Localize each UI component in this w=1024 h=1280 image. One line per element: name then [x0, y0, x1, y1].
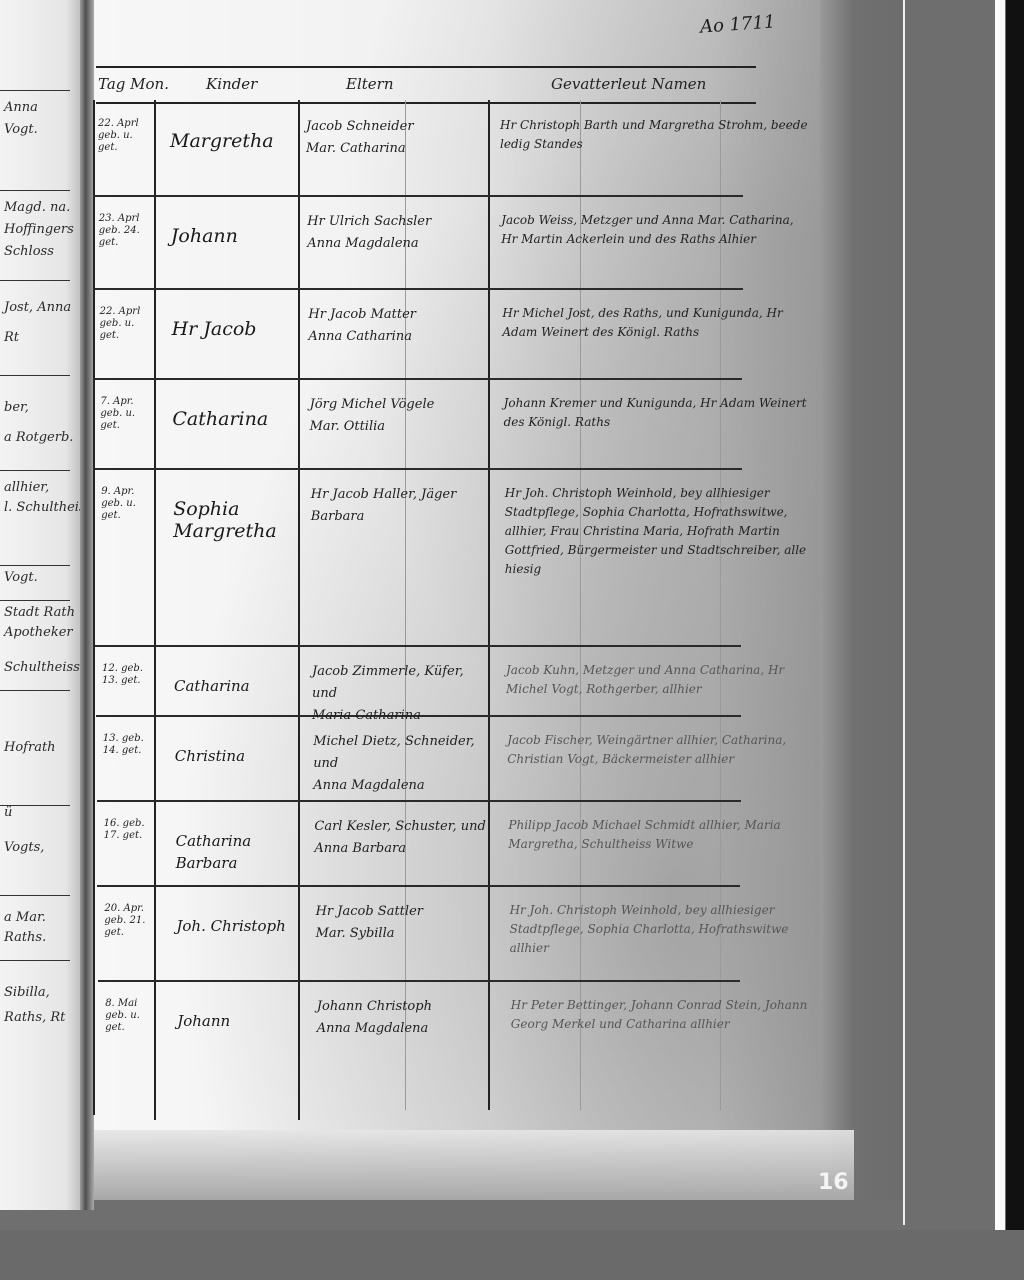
rule-child	[298, 100, 300, 1120]
adjacent-page-text: Vogts,	[4, 840, 44, 856]
adjacent-page-text: Sibilla,	[4, 985, 50, 1001]
row-rule	[93, 195, 743, 197]
entry-godparents: Hr Joh. Christoph Weinhold, bey allhiesi…	[510, 901, 820, 958]
mother-name: Anna Magdalena	[313, 775, 488, 797]
scanner-edge-strip	[995, 0, 1005, 1230]
adjacent-page-text: ü	[4, 805, 12, 821]
adjacent-page-text: Raths, Rt	[4, 1010, 65, 1026]
father-name: Hr Jacob Matter	[308, 304, 483, 326]
rule-parents	[488, 100, 490, 1110]
adjacent-page-text: Vogt.	[4, 122, 38, 138]
entry-parents: Jörg Michel VögeleMar. Ottilia	[310, 394, 485, 438]
entry-child-name: Sophia Margretha	[173, 498, 293, 542]
adjacent-page-text: Magd. na.	[4, 200, 70, 216]
entry-date: 12. geb. 13. get.	[102, 663, 152, 687]
adjacent-page-text: a Mar.	[4, 910, 46, 926]
entry-child-name: Johann	[171, 225, 291, 247]
entry-date: 23. Aprl geb. 24. get.	[99, 213, 149, 249]
row-rule	[94, 288, 743, 290]
entry-godparents: Hr Michel Jost, des Raths, und Kunigunda…	[502, 304, 812, 342]
scanner-border	[1006, 0, 1024, 1280]
adjacent-page-text: ber,	[4, 400, 29, 416]
header-parents: Eltern	[346, 75, 393, 93]
mother-name: Mar. Ottilia	[310, 416, 485, 438]
entry-child-name: Catharina	[172, 408, 292, 430]
entry-parents: Jacob SchneiderMar. Catharina	[306, 116, 481, 160]
entry-parents: Jacob Zimmerle, Küfer, undMaria Catharin…	[312, 661, 487, 727]
mother-name: Barbara	[311, 506, 486, 528]
column-header-row: Tag Mon. Kinder Eltern Gevatterleut Name…	[96, 66, 756, 104]
row-rule	[95, 645, 741, 647]
entry-child-name: Johann	[177, 1010, 297, 1032]
entry-date: 7. Apr. geb. u. get.	[100, 396, 150, 432]
mother-name: Anna Magdalena	[307, 233, 482, 255]
entry-parents: Michel Dietz, Schneider, undAnna Magdale…	[313, 731, 488, 797]
adjacent-page-text: a Rotgerb.	[4, 430, 73, 446]
adjacent-page-fragment: AnnaVogt.Magd. na.HoffingersSchlossJost,…	[0, 0, 82, 1210]
entry-child-name: Hr Jacob	[172, 318, 292, 340]
entry-date: 9. Apr. geb. u. get.	[101, 486, 151, 522]
father-name: Jacob Zimmerle, Küfer, und	[312, 661, 487, 705]
entry-date: 20. Apr. geb. 21. get.	[104, 903, 154, 939]
scanner-backdrop-bottom	[0, 1230, 1024, 1280]
entry-date: 13. geb. 14. get.	[103, 733, 153, 757]
row-rule	[97, 800, 741, 802]
entry-date: 8. Mai geb. u. get.	[105, 998, 155, 1034]
adjacent-page-text: Schultheiss.	[4, 660, 84, 676]
entry-godparents: Hr Joh. Christoph Weinhold, bey allhiesi…	[505, 484, 815, 579]
adjacent-page-text: Hoffingers	[4, 222, 74, 238]
entry-child-name: Catharina	[174, 675, 294, 697]
adjacent-page-text: Rt	[4, 330, 19, 346]
entry-child-name: Joh. Christoph	[176, 915, 296, 937]
header-child: Kinder	[206, 75, 257, 93]
adjacent-page-text: Anna	[4, 100, 38, 116]
mother-name: Mar. Sybilla	[316, 923, 491, 945]
entry-child-name: Margretha	[170, 130, 290, 152]
father-name: Johann Christoph	[317, 996, 492, 1018]
entry-date: 22. Aprl geb. u. get.	[98, 118, 148, 154]
book-gutter	[80, 0, 94, 1210]
mother-name: Maria Catharina	[312, 705, 487, 727]
adjacent-page-text: allhier,	[4, 480, 49, 496]
entry-child-name: Christina	[175, 745, 295, 767]
page-bottom-edge	[94, 1130, 854, 1200]
entry-godparents: Jacob Fischer, Weingärtner allhier, Cath…	[507, 731, 817, 769]
entry-date: 16. geb. 17. get.	[104, 818, 154, 842]
entry-godparents: Hr Christoph Barth und Margretha Strohm,…	[500, 116, 810, 154]
entry-parents: Johann ChristophAnna Magdalena	[317, 996, 492, 1040]
adjacent-page-text: Hofrath	[4, 740, 56, 756]
faint-rule	[720, 100, 721, 1110]
adjacent-page-text: Raths.	[4, 930, 46, 946]
father-name: Hr Jacob Haller, Jäger	[311, 484, 486, 506]
header-date: Tag Mon.	[98, 75, 169, 93]
faint-rule	[580, 100, 581, 1110]
entry-date: 22. Aprl geb. u. get.	[100, 306, 150, 342]
entry-child-name: Catharina Barbara	[176, 830, 296, 874]
entry-parents: Hr Jacob SattlerMar. Sybilla	[316, 901, 491, 945]
entry-godparents: Hr Peter Bettinger, Johann Conrad Stein,…	[511, 996, 821, 1034]
row-rule	[98, 980, 740, 982]
row-rule	[97, 885, 740, 887]
adjacent-page-text: Jost, Anna	[4, 300, 71, 316]
father-name: Hr Jacob Sattler	[316, 901, 491, 923]
entry-godparents: Johann Kremer und Kunigunda, Hr Adam Wei…	[504, 394, 814, 432]
entry-parents: Hr Jacob Haller, JägerBarbara	[311, 484, 486, 528]
father-name: Jacob Schneider	[306, 116, 481, 138]
entry-parents: Carl Kesler, Schuster, undAnna Barbara	[314, 816, 489, 860]
scan-shadow	[820, 0, 905, 1200]
page-number: 16	[818, 1170, 849, 1195]
rule-date	[154, 100, 156, 1120]
mother-name: Anna Magdalena	[317, 1018, 492, 1040]
mother-name: Mar. Catharina	[306, 138, 481, 160]
entry-parents: Hr Jacob MatterAnna Catharina	[308, 304, 483, 348]
father-name: Jörg Michel Vögele	[310, 394, 485, 416]
entry-godparents: Jacob Kuhn, Metzger und Anna Catharina, …	[506, 661, 816, 699]
adjacent-page-text: Vogt.	[4, 570, 38, 586]
adjacent-page-text: Stadt Rath	[4, 605, 75, 621]
entry-godparents: Jacob Weiss, Metzger und Anna Mar. Catha…	[501, 211, 811, 249]
header-godparents: Gevatterleut Namen	[551, 75, 706, 93]
entry-parents: Hr Ulrich SachslerAnna Magdalena	[307, 211, 482, 255]
rule-left	[93, 100, 95, 1115]
mother-name: Anna Barbara	[314, 838, 489, 860]
entry-godparents: Philipp Jacob Michael Schmidt allhier, M…	[508, 816, 818, 854]
row-rule	[95, 468, 742, 470]
father-name: Michel Dietz, Schneider, und	[313, 731, 488, 775]
father-name: Hr Ulrich Sachsler	[307, 211, 482, 233]
adjacent-page-text: Schloss	[4, 244, 54, 260]
row-rule	[94, 378, 742, 380]
father-name: Carl Kesler, Schuster, und	[314, 816, 489, 838]
adjacent-page-text: Apotheker	[4, 625, 73, 641]
mother-name: Anna Catharina	[308, 326, 483, 348]
